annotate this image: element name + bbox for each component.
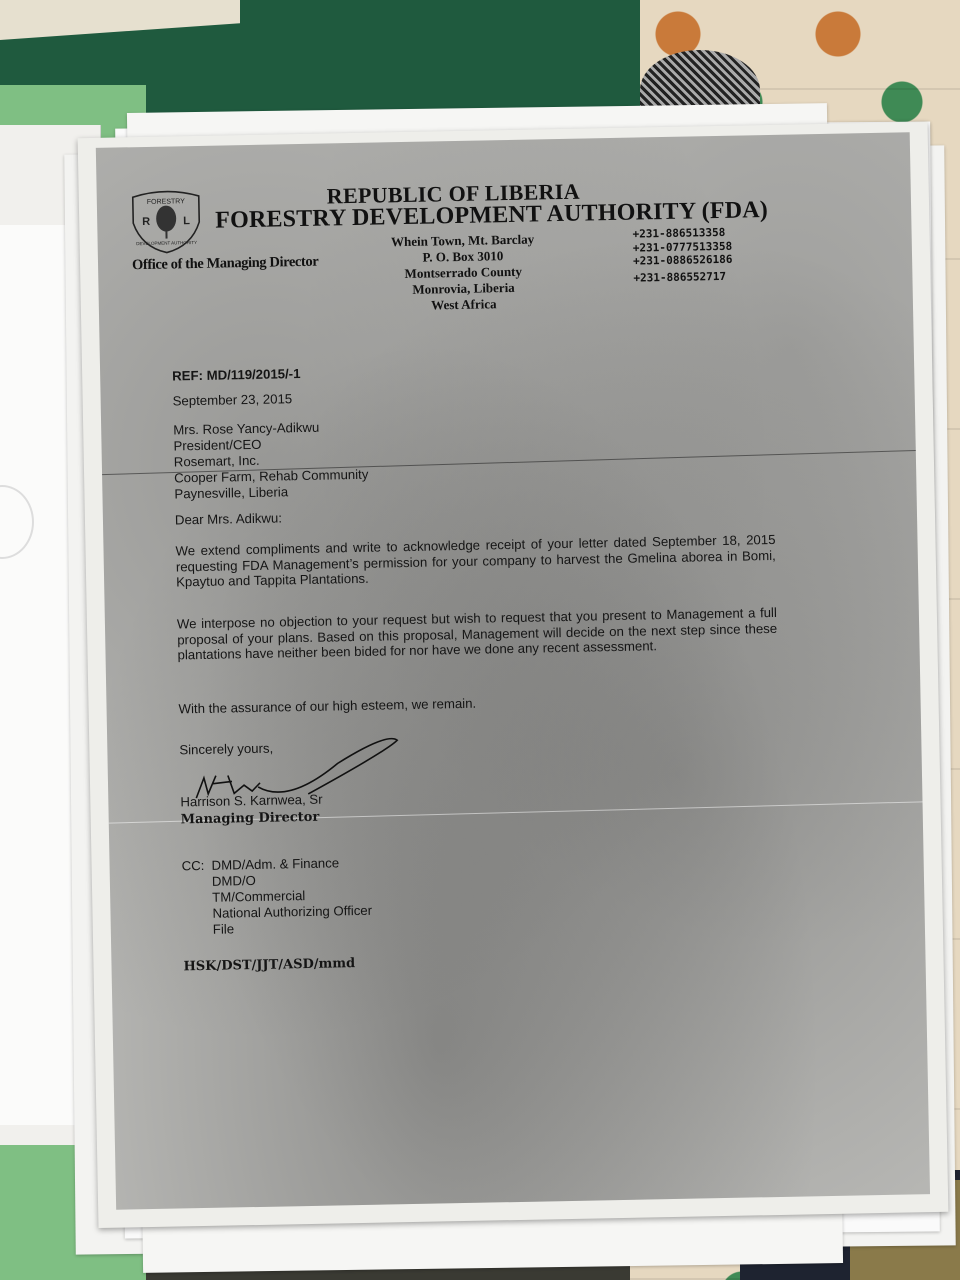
svg-text:FORESTRY: FORESTRY <box>147 198 185 206</box>
svg-text:R: R <box>142 216 150 228</box>
svg-text:L: L <box>183 215 190 227</box>
recipient-address: Mrs. Rose Yancy-Adikwu President/CEO Ros… <box>173 419 369 503</box>
body-paragraph: With the assurance of our high esteem, w… <box>178 690 778 717</box>
fda-letter: FORESTRY R L DEVELOPMENT AUTHORITY REPUB… <box>78 122 949 1228</box>
salutation: Dear Mrs. Adikwu: <box>175 510 282 527</box>
photocopy-surface: FORESTRY R L DEVELOPMENT AUTHORITY REPUB… <box>96 132 930 1209</box>
signer-name: Harrison S. Karnwea, Sr <box>180 792 322 810</box>
letterhead-address: Whein Town, Mt. Barclay P. O. Box 3010 M… <box>368 231 560 315</box>
phone-number: +231-0886526186 <box>633 253 733 268</box>
body-paragraph: We extend compliments and write to ackno… <box>175 532 776 590</box>
letter-date: September 23, 2015 <box>173 391 293 408</box>
office-label: Office of the Managing Director <box>132 254 319 275</box>
cc-list: CC:DMD/Adm. & Finance DMD/O TM/Commercia… <box>181 855 372 939</box>
reference-number: REF: MD/119/2015/-1 <box>172 366 301 383</box>
svg-text:DEVELOPMENT AUTHORITY: DEVELOPMENT AUTHORITY <box>136 240 197 246</box>
phone-number: +231-886513358 <box>632 226 732 241</box>
signer-title: Managing Director <box>181 810 320 828</box>
typist-initials: HSK/DST/JJT/ASD/mmd <box>183 956 355 974</box>
body-paragraph: We interpose no objection to your reques… <box>177 605 778 663</box>
fda-shield-logo-icon: FORESTRY R L DEVELOPMENT AUTHORITY <box>127 188 206 255</box>
stamp-icon <box>0 485 34 559</box>
phone-numbers: +231-886513358 +231-0777513358 +231-0886… <box>632 226 732 285</box>
cc-label: CC: <box>181 858 211 875</box>
phone-number: +231-886552717 <box>633 269 733 284</box>
